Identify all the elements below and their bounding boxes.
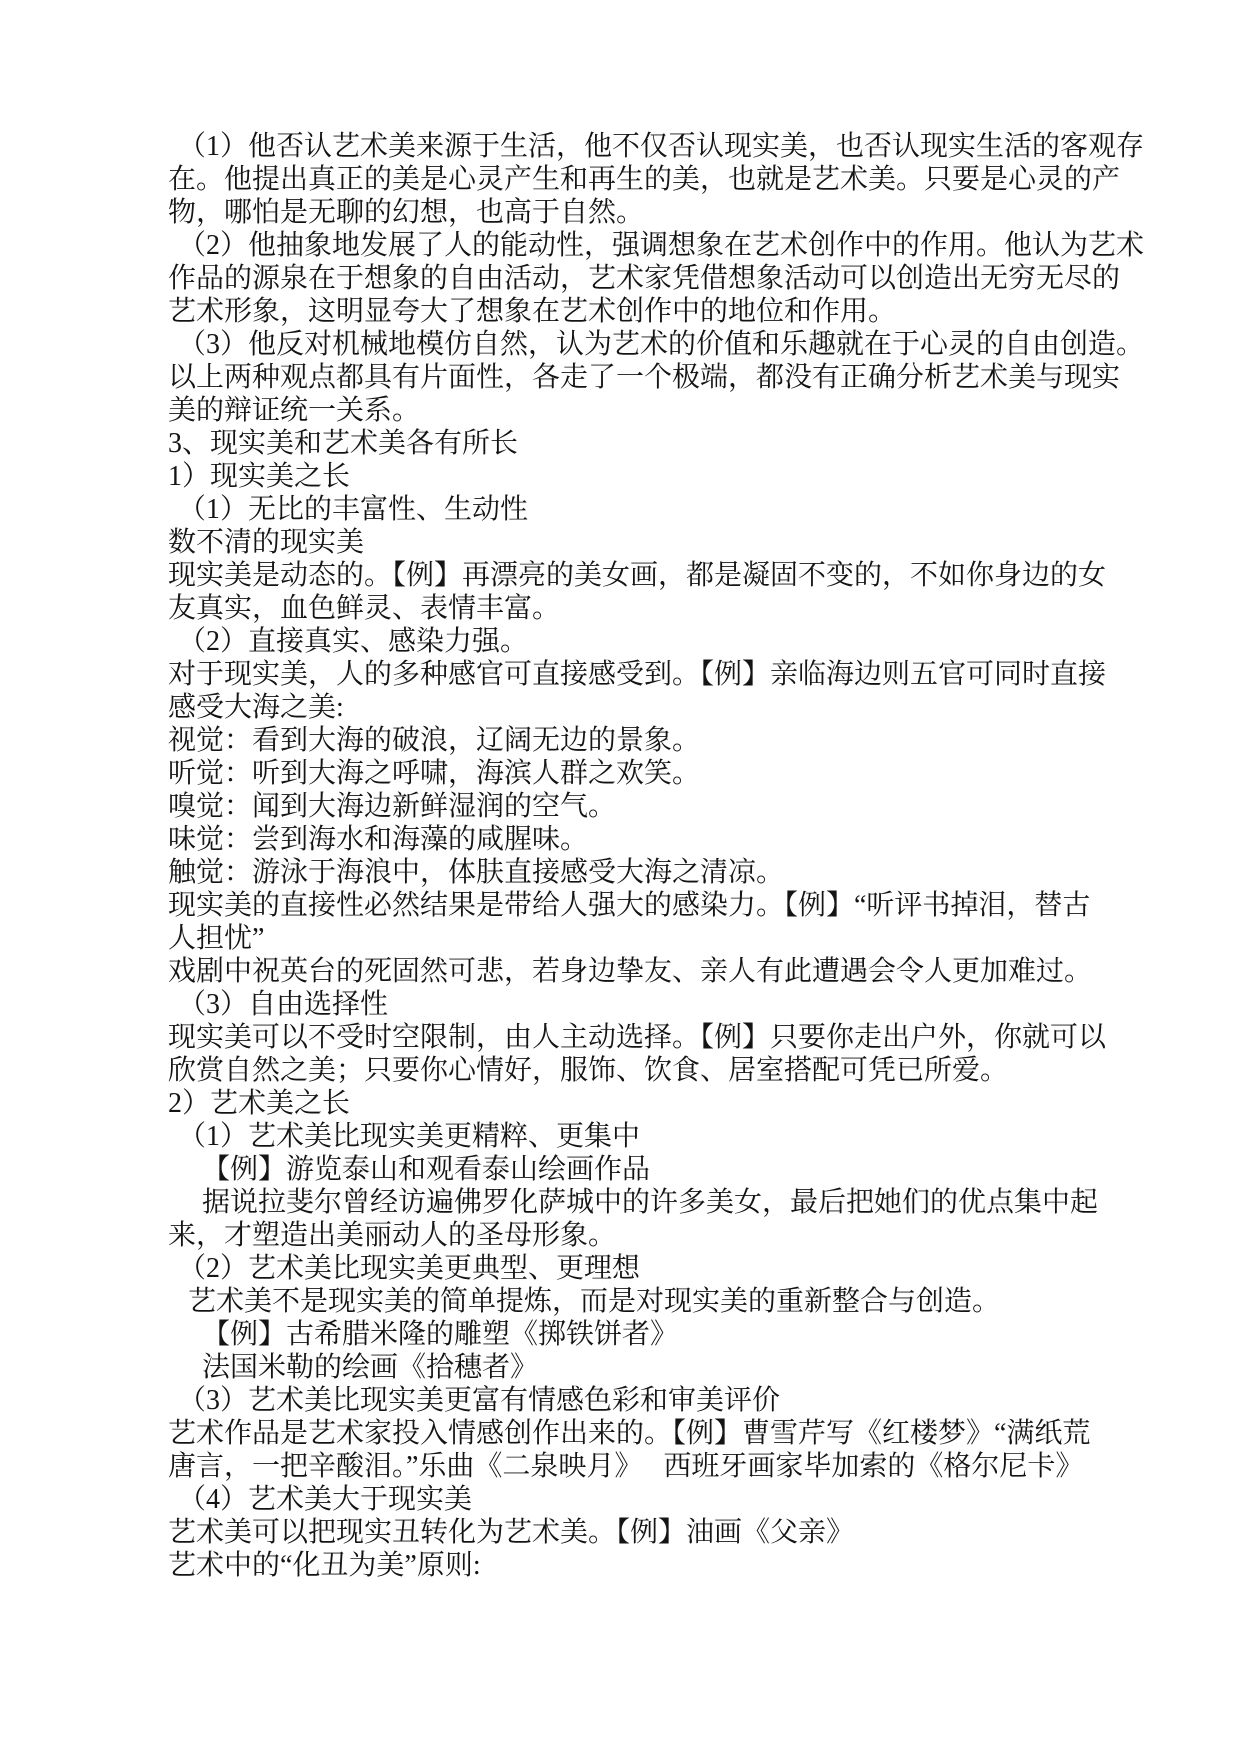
text-line: （1）他否认艺术美来源于生活，他不仅否认现实美，也否认现实生活的客观存 (168, 130, 1083, 163)
text-line: （4）艺术美大于现实美 (168, 1483, 1083, 1516)
text-line: （3）他反对机械地模仿自然，认为艺术的价值和乐趣就在于心灵的自由创造。 (168, 328, 1083, 361)
text-line: 2）艺术美之长 (168, 1087, 1083, 1120)
text-line: （1）无比的丰富性、生动性 (168, 493, 1083, 526)
text-line: 【例】古希腊米隆的雕塑《掷铁饼者》 (168, 1318, 1083, 1351)
text-line: （2）艺术美比现实美更典型、更理想 (168, 1252, 1083, 1285)
text-line: 味觉：尝到海水和海藻的咸腥味。 (168, 823, 1083, 856)
text-line: 艺术美可以把现实丑转化为艺术美。【例】油画《父亲》 (168, 1516, 1083, 1549)
text-line: 以上两种观点都具有片面性，各走了一个极端，都没有正确分析艺术美与现实 (168, 361, 1083, 394)
text-line: 数不清的现实美 (168, 526, 1083, 559)
text-line: （2）他抽象地发展了人的能动性，强调想象在艺术创作中的作用。他认为艺术 (168, 229, 1083, 262)
text-line: 来，才塑造出美丽动人的圣母形象。 (168, 1219, 1083, 1252)
text-line: 嗅觉：闻到大海边新鲜湿润的空气。 (168, 790, 1083, 823)
text-line: 法国米勒的绘画《拾穗者》 (168, 1351, 1083, 1384)
text-line: 现实美的直接性必然结果是带给人强大的感染力。【例】“听评书掉泪，替古 (168, 889, 1083, 922)
text-line: 视觉：看到大海的破浪，辽阔无边的景象。 (168, 724, 1083, 757)
text-line: 作品的源泉在于想象的自由活动，艺术家凭借想象活动可以创造出无穷无尽的 (168, 262, 1083, 295)
text-line: 在。他提出真正的美是心灵产生和再生的美，也就是艺术美。只要是心灵的产 (168, 163, 1083, 196)
text-line: （1）艺术美比现实美更精粹、更集中 (168, 1120, 1083, 1153)
text-line: 艺术作品是艺术家投入情感创作出来的。【例】曹雪芹写《红楼梦》“满纸荒 (168, 1417, 1083, 1450)
text-line: 现实美是动态的。【例】再漂亮的美女画，都是凝固不变的，不如你身边的女 (168, 559, 1083, 592)
text-line: 据说拉斐尔曾经访遍佛罗化萨城中的许多美女，最后把她们的优点集中起 (168, 1186, 1083, 1219)
text-line: 艺术形象，这明显夸大了想象在艺术创作中的地位和作用。 (168, 295, 1083, 328)
text-line: （3）艺术美比现实美更富有情感色彩和审美评价 (168, 1384, 1083, 1417)
text-line: 艺术美不是现实美的简单提炼，而是对现实美的重新整合与创造。 (168, 1285, 1083, 1318)
text-line: 对于现实美，人的多种感官可直接感受到。【例】亲临海边则五官可同时直接 (168, 658, 1083, 691)
document-body: （1）他否认艺术美来源于生活，他不仅否认现实美，也否认现实生活的客观存在。他提出… (168, 130, 1083, 1582)
text-line: 【例】游览泰山和观看泰山绘画作品 (168, 1153, 1083, 1186)
text-line: 友真实，血色鲜灵、表情丰富。 (168, 592, 1083, 625)
text-line: 美的辩证统一关系。 (168, 394, 1083, 427)
text-line: （3）自由选择性 (168, 988, 1083, 1021)
text-line: 唐言，一把辛酸泪。”乐曲《二泉映月》 西班牙画家毕加索的《格尔尼卡》 (168, 1450, 1083, 1483)
text-line: 3、现实美和艺术美各有所长 (168, 427, 1083, 460)
document-page: （1）他否认艺术美来源于生活，他不仅否认现实美，也否认现实生活的客观存在。他提出… (0, 0, 1240, 1755)
text-line: 欣赏自然之美；只要你心情好，服饰、饮食、居室搭配可凭已所爱。 (168, 1054, 1083, 1087)
text-line: 物，哪怕是无聊的幻想，也高于自然。 (168, 196, 1083, 229)
text-line: 戏剧中祝英台的死固然可悲，若身边挚友、亲人有此遭遇会令人更加难过。 (168, 955, 1083, 988)
text-line: （2）直接真实、感染力强。 (168, 625, 1083, 658)
text-line: 感受大海之美: (168, 691, 1083, 724)
text-line: 1）现实美之长 (168, 460, 1083, 493)
text-line: 现实美可以不受时空限制，由人主动选择。【例】只要你走出户外，你就可以 (168, 1021, 1083, 1054)
text-line: 艺术中的“化丑为美”原则: (168, 1549, 1083, 1582)
text-line: 听觉：听到大海之呼啸，海滨人群之欢笑。 (168, 757, 1083, 790)
text-line: 触觉：游泳于海浪中，体肤直接感受大海之清凉。 (168, 856, 1083, 889)
text-line: 人担忧” (168, 922, 1083, 955)
